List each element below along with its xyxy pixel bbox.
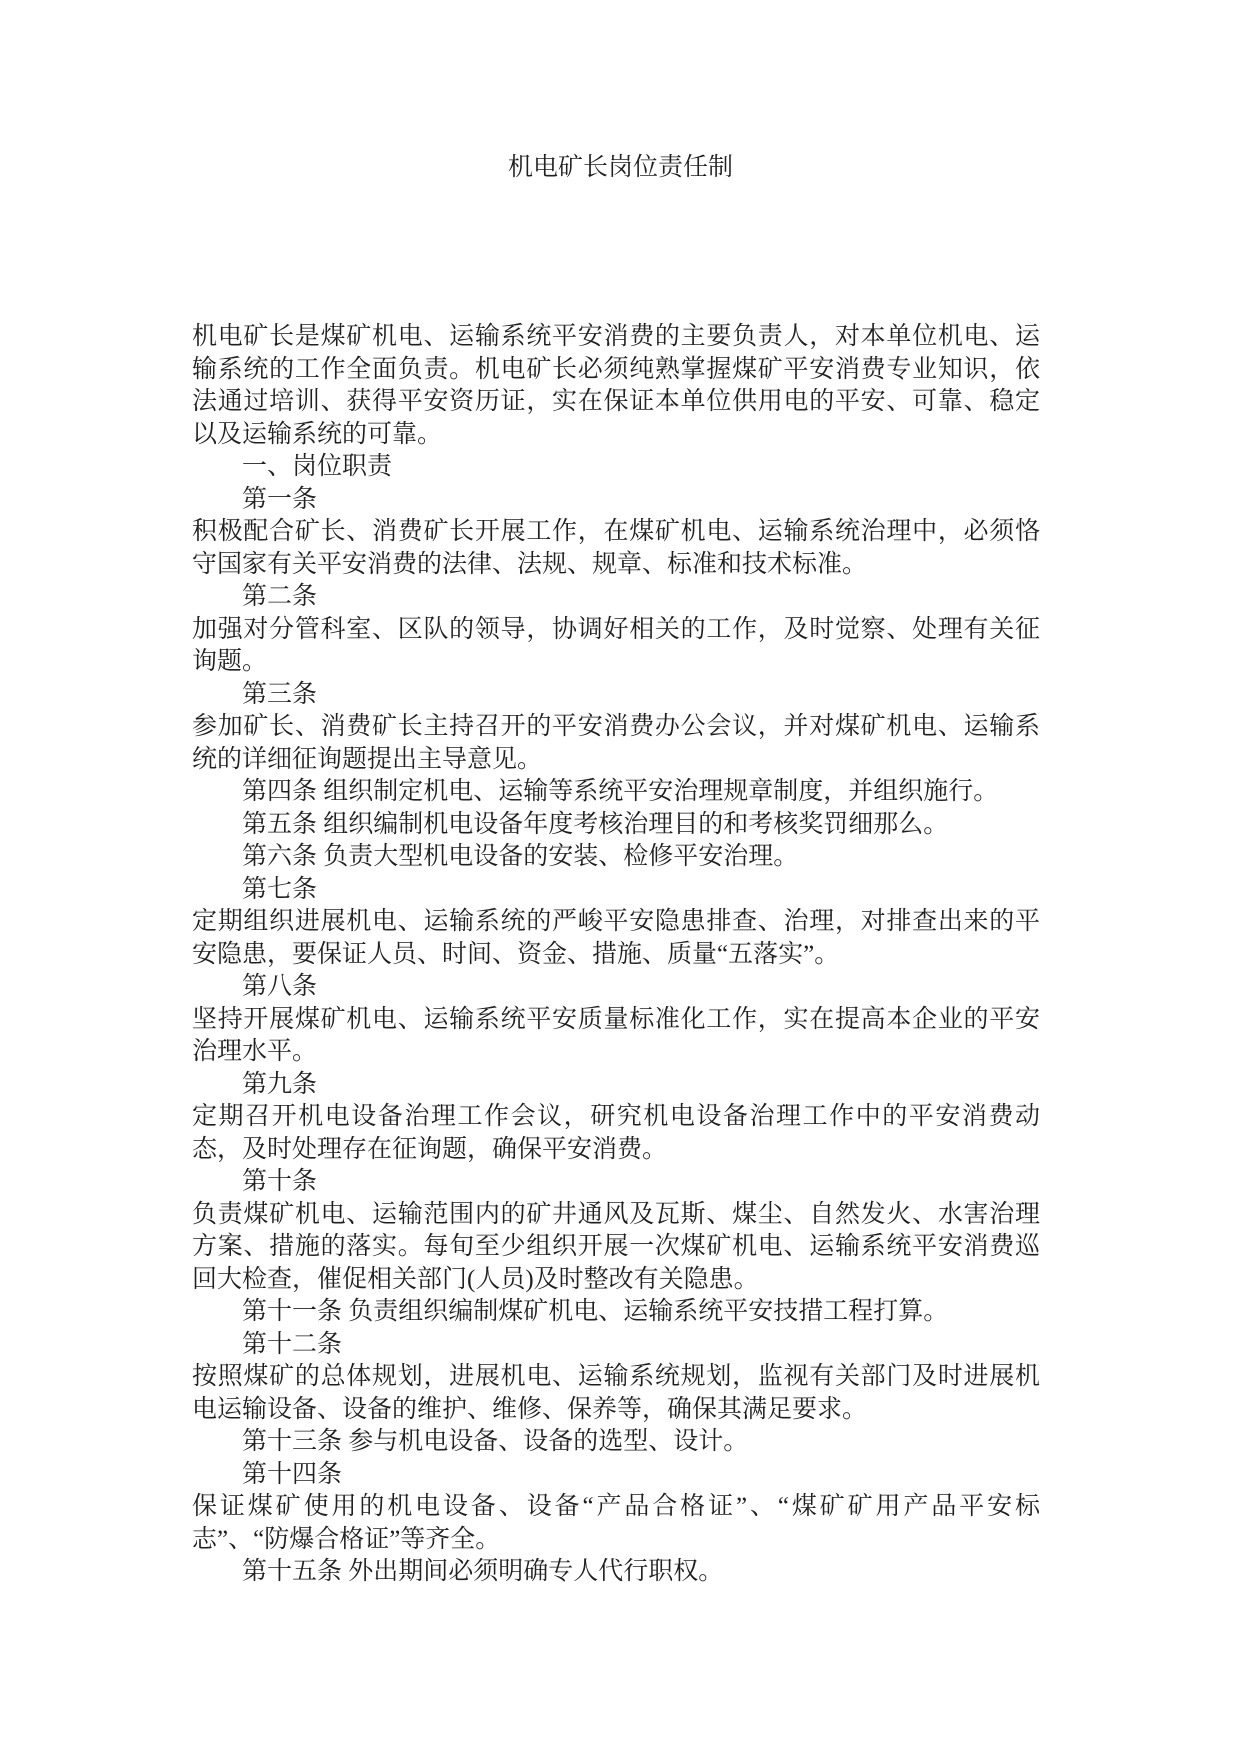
clause-3-text: 参加矿长、消费矿长主持召开的平安消费办公会议，并对煤矿机电、运输系统的详细征询题… [192, 711, 1040, 776]
clause-10-text: 负责煤矿机电、运输范围内的矿井通风及瓦斯、煤尘、自然发火、水害治理方案、措施的落… [192, 1199, 1040, 1297]
document-page: 机电矿长岗位责任制 机电矿长是煤矿机电、运输系统平安消费的主要负责人，对本单位机… [0, 0, 1241, 1754]
clause-12-number: 第十二条 [192, 1329, 1040, 1362]
clause-12-text: 按照煤矿的总体规划，进展机电、运输系统规划，监视有关部门及时进展机电运输设备、设… [192, 1361, 1040, 1426]
clause-7-text: 定期组织进展机电、运输系统的严峻平安隐患排查、治理，对排查出来的平安隐患，要保证… [192, 906, 1040, 971]
page-title: 机电矿长岗位责任制 [0, 151, 1241, 184]
clause-15: 第十五条 外出期间必须明确专人代行职权。 [192, 1556, 1040, 1589]
clause-7-number: 第七条 [192, 874, 1040, 907]
clause-2-number: 第二条 [192, 581, 1040, 614]
clause-8-number: 第八条 [192, 971, 1040, 1004]
clause-6: 第六条 负责大型机电设备的安装、检修平安治理。 [192, 841, 1040, 874]
intro-paragraph: 机电矿长是煤矿机电、运输系统平安消费的主要负责人，对本单位机电、运输系统的工作全… [192, 321, 1040, 451]
clause-2-text: 加强对分管科室、区队的领导，协调好相关的工作，及时觉察、处理有关征询题。 [192, 614, 1040, 679]
clause-3-number: 第三条 [192, 679, 1040, 712]
clause-8-text: 坚持开展煤矿机电、运输系统平安质量标准化工作，实在提高本企业的平安治理水平。 [192, 1004, 1040, 1069]
clause-5: 第五条 组织编制机电设备年度考核治理目的和考核奖罚细那么。 [192, 809, 1040, 842]
clause-13: 第十三条 参与机电设备、设备的选型、设计。 [192, 1426, 1040, 1459]
clause-9-number: 第九条 [192, 1069, 1040, 1102]
clause-1-text: 积极配合矿长、消费矿长开展工作，在煤矿机电、运输系统治理中，必须恪守国家有关平安… [192, 516, 1040, 581]
clause-4: 第四条 组织制定机电、运输等系统平安治理规章制度，并组织施行。 [192, 776, 1040, 809]
section-heading-duties: 一、岗位职责 [192, 451, 1040, 484]
document-body: 机电矿长是煤矿机电、运输系统平安消费的主要负责人，对本单位机电、运输系统的工作全… [192, 321, 1040, 1589]
clause-9-text: 定期召开机电设备治理工作会议，研究机电设备治理工作中的平安消费动态，及时处理存在… [192, 1101, 1040, 1166]
clause-14-number: 第十四条 [192, 1459, 1040, 1492]
clause-11: 第十一条 负责组织编制煤矿机电、运输系统平安技措工程打算。 [192, 1296, 1040, 1329]
clause-10-number: 第十条 [192, 1166, 1040, 1199]
clause-14-text: 保证煤矿使用的机电设备、设备“产品合格证”、“煤矿矿用产品平安标志”、“防爆合格… [192, 1491, 1040, 1556]
clause-1-number: 第一条 [192, 484, 1040, 517]
